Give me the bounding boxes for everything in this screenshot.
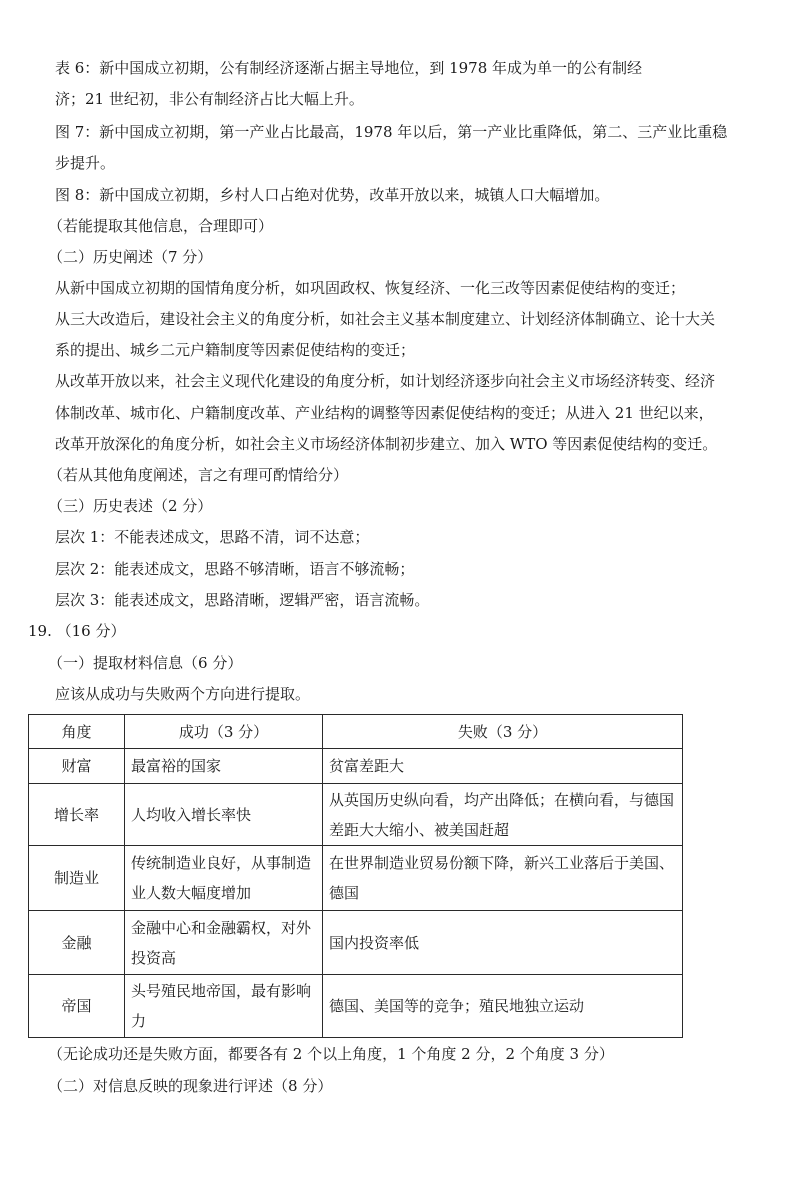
text-line: 从改革开放以来，社会主义现代化建设的角度分析，如计划经济逐步向社会主义市场经济转… — [55, 371, 715, 391]
cell-failure: 德国、美国等的竞争；殖民地独立运动 — [323, 975, 683, 1038]
cell-success: 人均收入增长率快 — [125, 784, 323, 846]
cell-angle: 增长率 — [29, 784, 125, 846]
text-line: 图 7：新中国成立初期，第一产业占比最高，1978 年以后，第一产业比重降低，第… — [55, 122, 727, 142]
text-line: 从新中国成立初期的国情角度分析，如巩固政权、恢复经济、一化三改等因素促使结构的变… — [55, 278, 685, 298]
question-19-heading: 19. （16 分） — [28, 621, 125, 641]
text-line: 济；21 世纪初，非公有制经济占比大幅上升。 — [55, 89, 364, 109]
table-row: 金融 金融中心和金融霸权，对外投资高 国内投资率低 — [29, 911, 683, 975]
table-row: 制造业 传统制造业良好，从事制造业人数大幅度增加 在世界制造业贸易份额下降，新兴… — [29, 846, 683, 911]
cell-failure: 在世界制造业贸易份额下降，新兴工业落后于美国、德国 — [323, 846, 683, 911]
section-heading-extract-info: （一）提取材料信息（6 分） — [48, 653, 242, 673]
cell-success: 金融中心和金融霸权，对外投资高 — [125, 911, 323, 975]
answer-table: 角度 成功（3 分） 失败（3 分） 财富 最富裕的国家 贫富差距大 增长率 人… — [28, 714, 683, 1038]
header-angle: 角度 — [29, 715, 125, 749]
note-scoring: （无论成功还是失败方面，都要各有 2 个以上角度，1 个角度 2 分，2 个角度… — [48, 1044, 614, 1064]
text-line: 表 6：新中国成立初期，公有制经济逐渐占据主导地位，到 1978 年成为单一的公… — [55, 58, 642, 78]
level-1: 层次 1：不能表述成文，思路不清，词不达意； — [55, 527, 369, 547]
table-row: 帝国 头号殖民地帝国，最有影响力 德国、美国等的竞争；殖民地独立运动 — [29, 975, 683, 1038]
cell-success: 传统制造业良好，从事制造业人数大幅度增加 — [125, 846, 323, 911]
header-failure: 失败（3 分） — [323, 715, 683, 749]
cell-failure: 国内投资率低 — [323, 911, 683, 975]
cell-success: 头号殖民地帝国，最有影响力 — [125, 975, 323, 1038]
text-line: 系的提出、城乡二元户籍制度等因素促使结构的变迁； — [55, 340, 415, 360]
cell-angle: 帝国 — [29, 975, 125, 1038]
level-2: 层次 2：能表述成文，思路不够清晰，语言不够流畅； — [55, 559, 414, 579]
header-success: 成功（3 分） — [125, 715, 323, 749]
cell-angle: 金融 — [29, 911, 125, 975]
section-heading-commentary: （二）对信息反映的现象进行评述（8 分） — [48, 1076, 332, 1096]
text-line: 改革开放深化的角度分析，如社会主义市场经济体制初步建立、加入 WTO 等因素促使… — [55, 434, 717, 454]
note-other-info: （若能提取其他信息，合理即可） — [48, 216, 273, 236]
text-line: 体制改革、城市化、户籍制度改革、产业结构的调整等因素促使结构的变迁；从进入 21… — [55, 403, 714, 423]
cell-failure: 从英国历史纵向看，均产出降低；在横向看，与德国差距大大缩小、被美国赶超 — [323, 784, 683, 846]
section-heading-history-elaboration: （二）历史阐述（7 分） — [48, 247, 212, 267]
table-header-row: 角度 成功（3 分） 失败（3 分） — [29, 715, 683, 749]
cell-angle: 财富 — [29, 749, 125, 784]
note-other-angles: （若从其他角度阐述，言之有理可酌情给分） — [48, 465, 348, 485]
paragraph-figure8: 图 8：新中国成立初期，乡村人口占绝对优势，改革开放以来，城镇人口大幅增加。 — [55, 185, 609, 205]
text-line: 步提升。 — [55, 153, 115, 173]
cell-success: 最富裕的国家 — [125, 749, 323, 784]
section-heading-history-expression: （三）历史表述（2 分） — [48, 496, 212, 516]
text-line: 应该从成功与失败两个方向进行提取。 — [55, 684, 310, 704]
cell-angle: 制造业 — [29, 846, 125, 911]
table-row: 财富 最富裕的国家 贫富差距大 — [29, 749, 683, 784]
cell-failure: 贫富差距大 — [323, 749, 683, 784]
text-line: 从三大改造后，建设社会主义的角度分析，如社会主义基本制度建立、计划经济体制确立、… — [55, 309, 715, 329]
table-row: 增长率 人均收入增长率快 从英国历史纵向看，均产出降低；在横向看，与德国差距大大… — [29, 784, 683, 846]
level-3: 层次 3：能表述成文，思路清晰，逻辑严密，语言流畅。 — [55, 590, 429, 610]
